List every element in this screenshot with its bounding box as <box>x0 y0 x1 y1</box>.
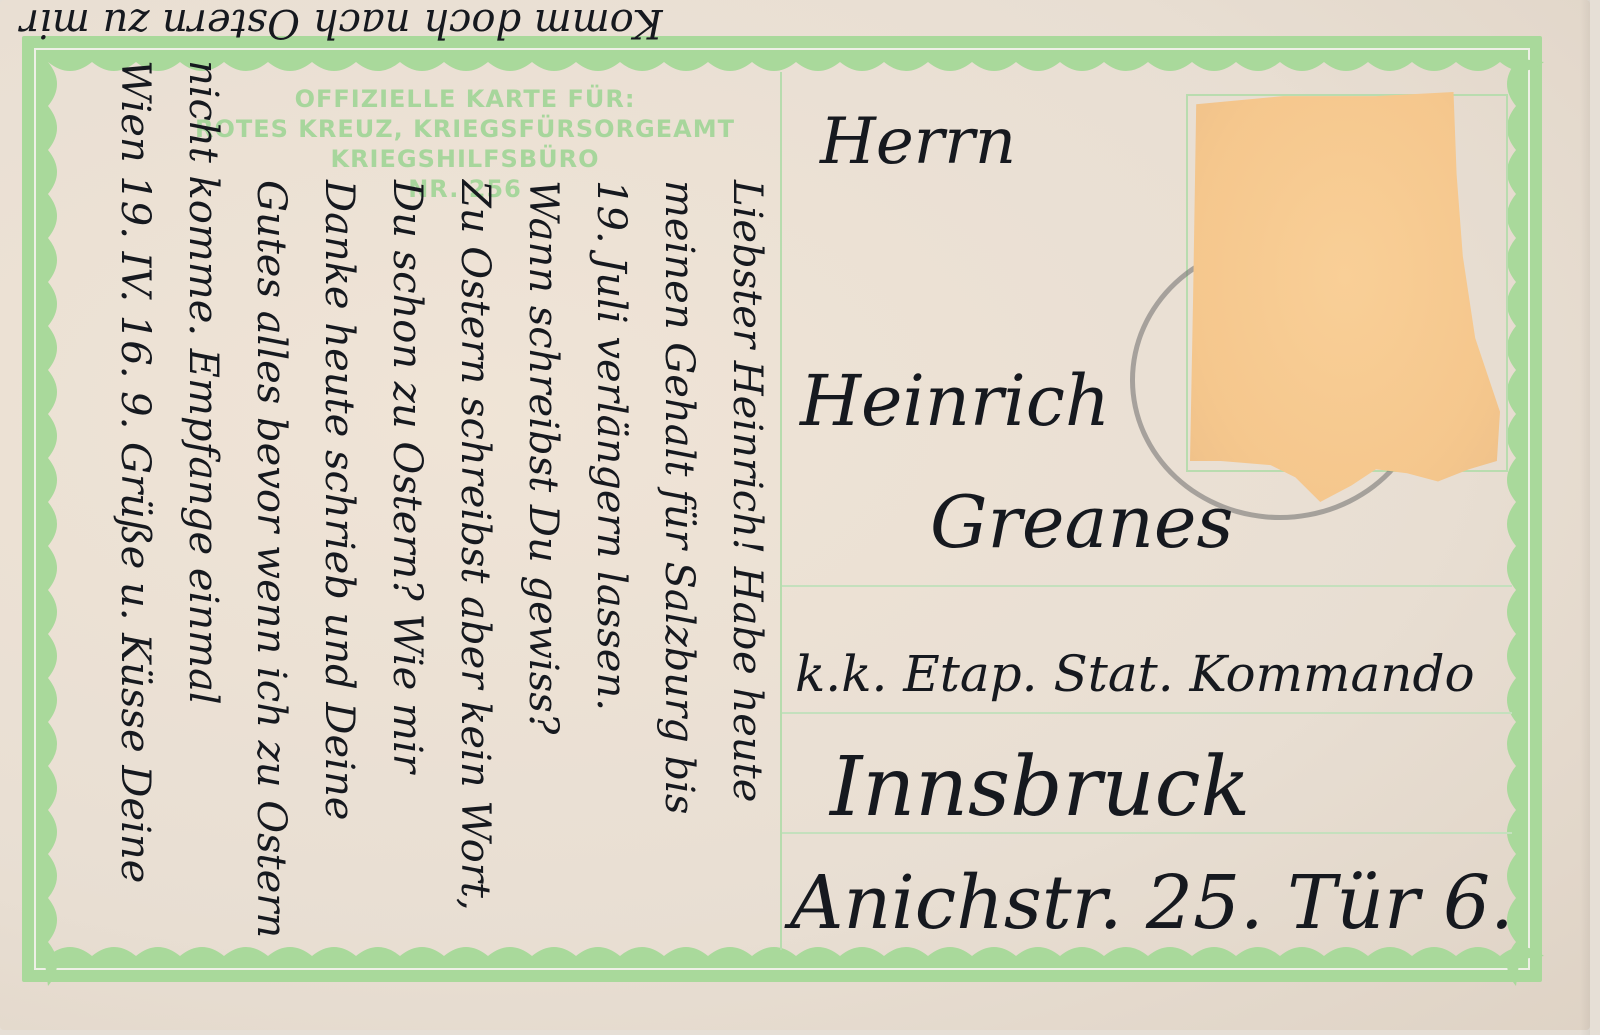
message-column: Wien 19. IV. 16. 9. Grüße u. Küsse Deine <box>112 60 158 883</box>
message-column: nicht komme. Empfange einmal <box>180 60 226 705</box>
message-column: Zu Ostern schreibst aber kein Wort, <box>452 180 498 911</box>
message-column: Wann schreibst Du gewiss? <box>520 180 566 734</box>
address-street: Anichstr. 25. Tür 6. <box>790 860 1514 946</box>
message-column: meinen Gehalt für Salzburg bis <box>656 180 702 814</box>
address-line-2 <box>782 712 1512 714</box>
message-column: Danke heute schrieb und Deine <box>316 180 362 820</box>
postcard: OFFIZIELLE KARTE FÜR: ROTES KREUZ, KRIEG… <box>0 0 1590 1030</box>
address-unit: k.k. Etap. Stat. Kommando <box>795 645 1475 703</box>
address-first-name: Heinrich <box>800 360 1110 442</box>
header-line-1: OFFIZIELLE KARTE FÜR: <box>160 84 770 114</box>
message-column: Du schon zu Ostern? Wie mir <box>384 180 430 773</box>
address-last-name: Greanes <box>930 480 1233 564</box>
message-address-divider <box>780 72 782 950</box>
top-margin-note: Komm doch nach Ostern zu mir <box>20 0 663 46</box>
address-salutation: Herrn <box>820 105 1016 179</box>
message-column: Liebster Heinrich! Habe heute <box>724 180 770 802</box>
torn-stamp-remnant <box>1190 92 1500 502</box>
message-column: Gutes alles bevor wenn ich zu Ostern <box>248 180 294 938</box>
message-column: 19. Juli verlängern lassen. <box>588 180 634 711</box>
card-edge <box>1580 0 1590 1035</box>
address-city: Innsbruck <box>830 740 1250 835</box>
header-line-2: ROTES KREUZ, KRIEGSFÜRSORGEAMT <box>160 114 770 144</box>
header-line-3: KRIEGSHILFSBÜRO <box>160 144 770 174</box>
address-line-1 <box>782 585 1512 587</box>
